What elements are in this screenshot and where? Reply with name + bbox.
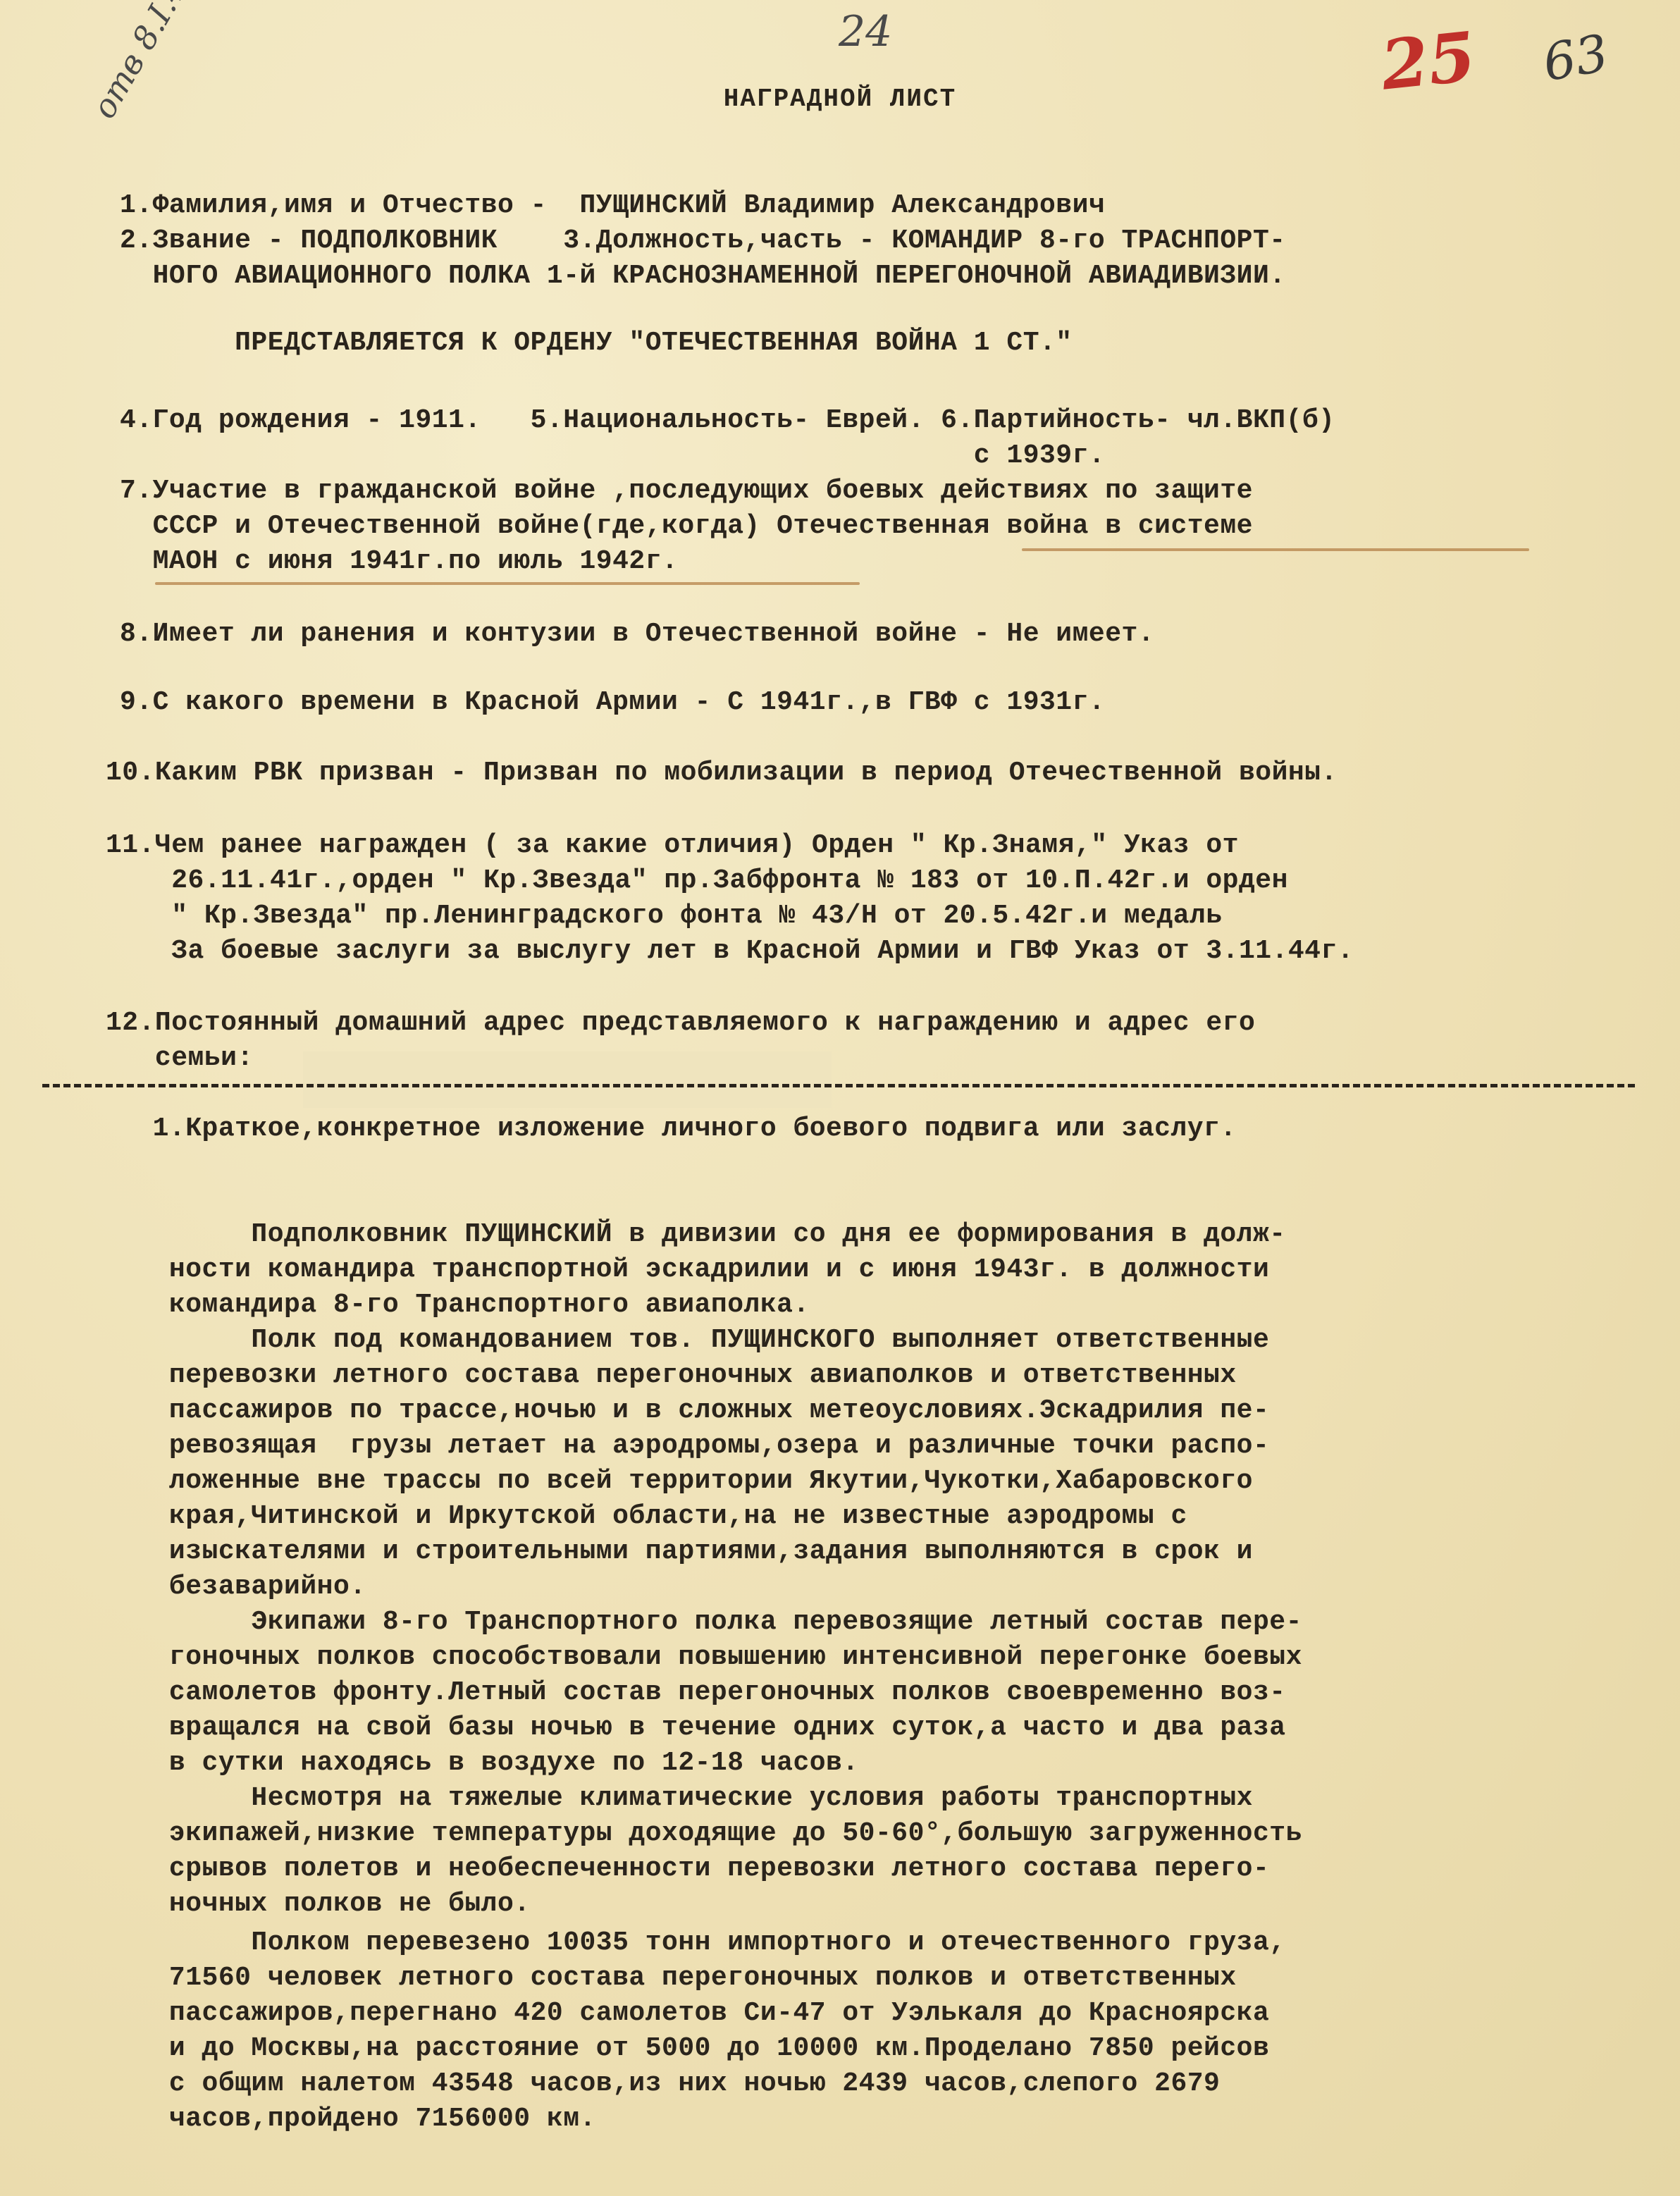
field-11: 11.Чем ранее награжден ( за какие отличи… (106, 830, 1239, 860)
award-sheet-page: 24 25 63 отв 8.I.45 НАГРАДНОЙ ЛИСТ 1.Фам… (0, 0, 1680, 2196)
narrative-line: ревозящая грузы летает на аэродромы,озер… (120, 1431, 1269, 1461)
narrative-line: изыскателями и строительными партиями,за… (120, 1536, 1253, 1567)
field-8: 8.Имеет ли ранения и контузии в Отечеств… (120, 619, 1154, 649)
narrative-line: вращался на свой базы ночью в течение од… (120, 1713, 1286, 1743)
narrative-line: с общим налетом 43548 часов,из них ночью… (120, 2068, 1220, 2099)
award-nomination: ПРЕДСТАВЛЯЕТСЯ К ОРДЕНУ "ОТЕЧЕСТВЕННАЯ В… (120, 328, 1073, 358)
narrative-line: Несмотря на тяжелые климатические услови… (120, 1783, 1253, 1813)
narrative-line: ности командира транспортной эскадрилии … (120, 1254, 1269, 1285)
narrative-line: Полком перевезено 10035 тонн импортного … (120, 1927, 1286, 1958)
narrative-line: гоночных полков способствовали повышению… (120, 1642, 1302, 1672)
field-7-cont-1: СССР и Отечественной войне(где,когда) От… (120, 511, 1253, 541)
narrative-line: ложенные вне трассы по всей территории Я… (120, 1466, 1253, 1496)
section-divider (42, 1084, 1635, 1087)
field-12: 12.Постоянный домашний адрес представляе… (106, 1008, 1255, 1038)
underline-mark (1022, 548, 1529, 551)
narrative-line: командира 8-го Транспортного авиаполка. (120, 1290, 810, 1320)
narrative-line: Полк под командованием тов. ПУЩИНСКОГО в… (120, 1325, 1269, 1355)
field-10: 10.Каким РВК призван - Призван по мобили… (106, 758, 1338, 788)
narrative-line: пассажиров,перегнано 420 самолетов Си-47… (120, 1998, 1269, 2028)
field-2-3-rank-position: 2.Звание - ПОДПОЛКОВНИК 3.Должность,част… (120, 226, 1286, 256)
field-7: 7.Участие в гражданской войне ,последующ… (120, 476, 1253, 506)
field-6-cont: с 1939г. (120, 440, 1105, 471)
narrative-line: пассажиров по трассе,ночью и в сложных м… (120, 1395, 1269, 1426)
narrative-line: часов,пройдено 7156000 км. (120, 2104, 596, 2134)
narrative-line: и до Москвы,на расстояние от 5000 до 100… (120, 2033, 1269, 2064)
field-4-5-6: 4.Год рождения - 1911. 5.Национальность-… (120, 405, 1335, 436)
section-heading: 1.Краткое,конкретное изложение личного б… (120, 1114, 1237, 1144)
handwritten-grey-number: 63 (1538, 23, 1612, 93)
field-7-cont-2: МАОН с июня 1941г.по июль 1942г. (120, 546, 678, 576)
document-title: НАГРАДНОЙ ЛИСТ (0, 85, 1680, 113)
redacted-address (303, 1051, 832, 1108)
field-12-cont: семьи: (106, 1043, 254, 1073)
narrative-line: безаварийно. (120, 1572, 366, 1602)
narrative-line: Подполковник ПУЩИНСКИЙ в дивизии со дня … (120, 1219, 1286, 1250)
underline-mark (155, 582, 860, 585)
field-1-name: 1.Фамилия,имя и Отчество - ПУЩИНСКИЙ Вла… (120, 190, 1105, 221)
field-11-cont-2: " Кр.Звезда" пр.Ленинградского фонта № 4… (106, 901, 1223, 931)
narrative-line: самолетов фронту.Летный состав перегоноч… (120, 1677, 1286, 1708)
handwritten-page-number: 24 (839, 7, 892, 56)
field-9: 9.С какого времени в Красной Армии - С 1… (120, 687, 1105, 717)
narrative-line: края,Читинской и Иркутской области,на не… (120, 1501, 1187, 1531)
field-11-cont-3: За боевые заслуги за выслугу лет в Красн… (106, 936, 1354, 966)
field-3-position-cont: НОГО АВИАЦИОННОГО ПОЛКА 1-й КРАСНОЗНАМЕН… (120, 261, 1286, 291)
narrative-line: Экипажи 8-го Транспортного полка перевоз… (120, 1607, 1302, 1637)
narrative-line: срывов полетов и необеспеченности перево… (120, 1853, 1269, 1884)
narrative-line: 71560 человек летного состава перегоночн… (120, 1963, 1237, 1993)
narrative-line: перевозки летного состава перегоночных а… (120, 1360, 1237, 1390)
narrative-line: в сутки находясь в воздухе по 12-18 часо… (120, 1748, 859, 1778)
field-11-cont-1: 26.11.41г.,орден " Кр.Звезда" пр.Забфрон… (106, 865, 1288, 896)
narrative-line: ночных полков не было. (120, 1889, 531, 1919)
narrative-line: экипажей,низкие температуры доходящие до… (120, 1818, 1302, 1849)
